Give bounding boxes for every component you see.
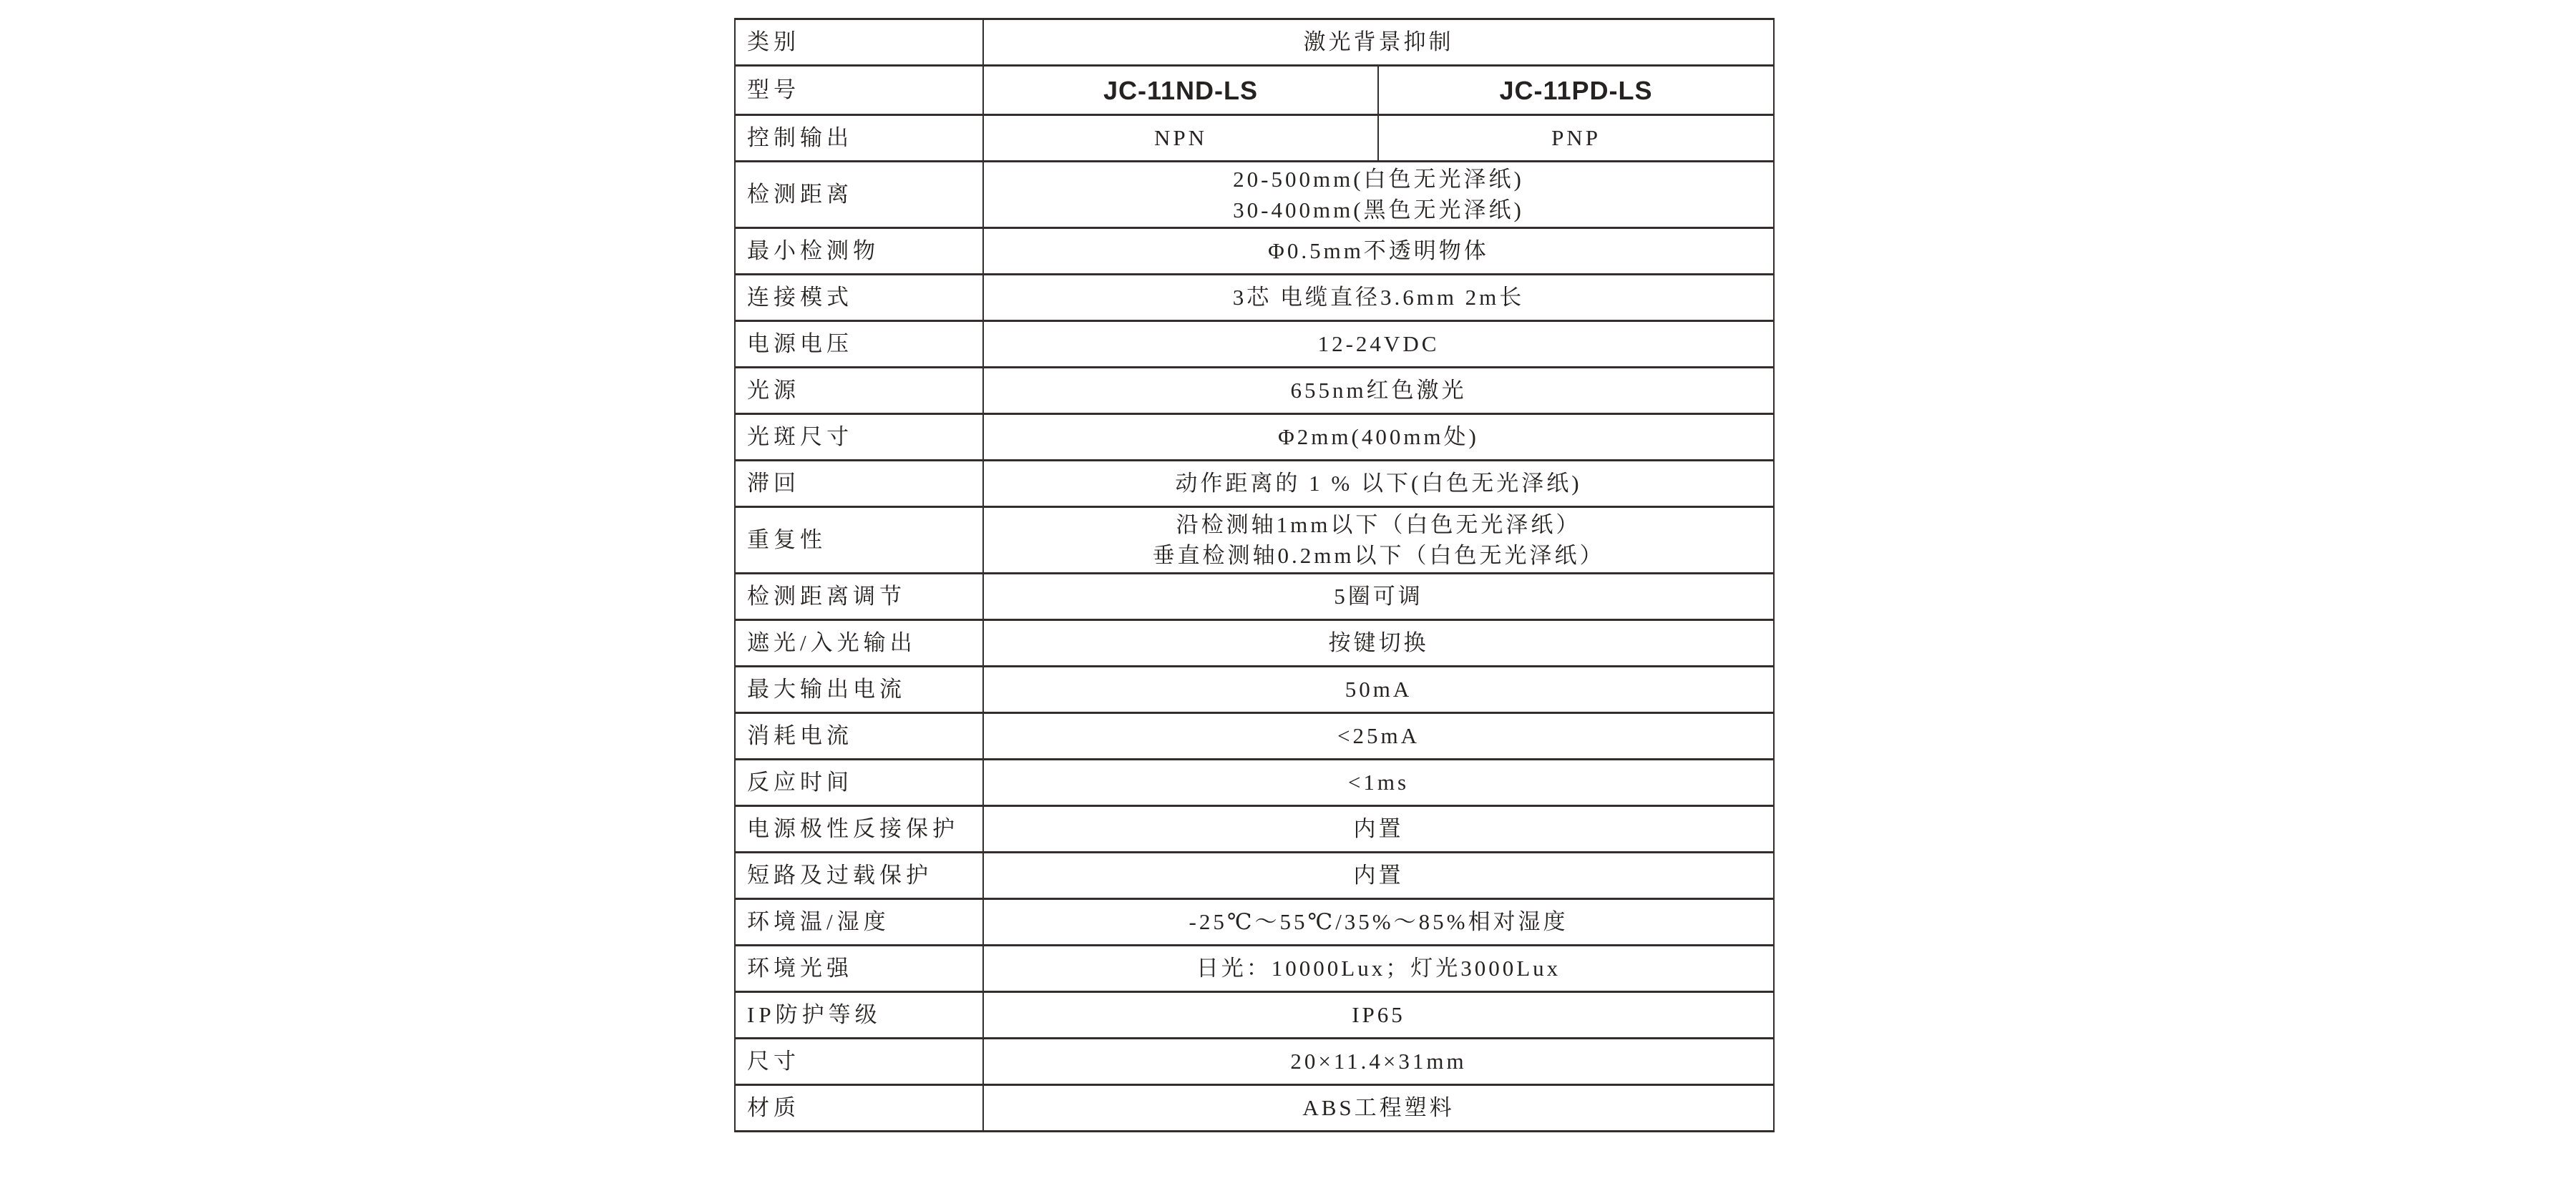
row-label: 电源极性反接保护	[735, 806, 983, 853]
spec-row: 检测距离20-500mm(白色无光泽纸)30-400mm(黑色无光泽纸)	[735, 162, 1774, 228]
spec-row: 光斑尺寸Φ2mm(400mm处)	[735, 414, 1774, 461]
row-value: 动作距离的 1 % 以下(白色无光泽纸)	[983, 461, 1774, 507]
spec-sheet-page: 类别激光背景抑制型号JC-11ND-LSJC-11PD-LS控制输出NPNPNP…	[0, 0, 2576, 1201]
spec-table-body: 类别激光背景抑制型号JC-11ND-LSJC-11PD-LS控制输出NPNPNP…	[735, 19, 1774, 1132]
row-value: 655nm红色激光	[983, 368, 1774, 414]
row-label: 光源	[735, 368, 983, 414]
spec-row: 环境光强日光：10000Lux；灯光3000Lux	[735, 946, 1774, 992]
row-label: 连接模式	[735, 275, 983, 321]
spec-row: 尺寸20×11.4×31mm	[735, 1039, 1774, 1085]
spec-row: 滞回动作距离的 1 % 以下(白色无光泽纸)	[735, 461, 1774, 507]
row-value: 50mA	[983, 667, 1774, 713]
spec-row: 重复性沿检测轴1mm以下（白色无光泽纸）垂直检测轴0.2mm以下（白色无光泽纸）	[735, 507, 1774, 574]
spec-row: 检测距离调节5圈可调	[735, 574, 1774, 620]
row-value: 沿检测轴1mm以下（白色无光泽纸）垂直检测轴0.2mm以下（白色无光泽纸）	[983, 507, 1774, 574]
row-value: 20×11.4×31mm	[983, 1039, 1774, 1085]
row-value: 12-24VDC	[983, 321, 1774, 368]
spec-row: 反应时间<1ms	[735, 760, 1774, 806]
row-value: JC-11PD-LS	[1378, 66, 1774, 115]
spec-row: 型号JC-11ND-LSJC-11PD-LS	[735, 66, 1774, 115]
row-label: 消耗电流	[735, 713, 983, 760]
spec-row: 消耗电流<25mA	[735, 713, 1774, 760]
spec-row: 材质ABS工程塑料	[735, 1085, 1774, 1132]
row-value: 内置	[983, 806, 1774, 853]
spec-row: IP防护等级IP65	[735, 992, 1774, 1039]
row-value: <25mA	[983, 713, 1774, 760]
row-label: IP防护等级	[735, 992, 983, 1039]
row-value: -25℃～55℃/35%～85%相对湿度	[983, 899, 1774, 946]
row-label: 检测距离	[735, 162, 983, 228]
row-value: 内置	[983, 853, 1774, 899]
row-label: 遮光/入光输出	[735, 620, 983, 667]
row-value-line: 20-500mm(白色无光泽纸)	[991, 164, 1766, 195]
row-value-line: 30-400mm(黑色无光泽纸)	[991, 195, 1766, 225]
spec-row: 连接模式3芯 电缆直径3.6mm 2m长	[735, 275, 1774, 321]
row-value: 20-500mm(白色无光泽纸)30-400mm(黑色无光泽纸)	[983, 162, 1774, 228]
spec-row: 遮光/入光输出按键切换	[735, 620, 1774, 667]
row-value: ABS工程塑料	[983, 1085, 1774, 1132]
row-label: 电源电压	[735, 321, 983, 368]
row-value-line: 垂直检测轴0.2mm以下（白色无光泽纸）	[991, 540, 1766, 571]
row-value: 按键切换	[983, 620, 1774, 667]
row-value: 3芯 电缆直径3.6mm 2m长	[983, 275, 1774, 321]
row-label: 光斑尺寸	[735, 414, 983, 461]
row-value: NPN	[983, 115, 1378, 162]
row-label: 滞回	[735, 461, 983, 507]
row-label: 控制输出	[735, 115, 983, 162]
row-value: 5圈可调	[983, 574, 1774, 620]
row-label: 重复性	[735, 507, 983, 574]
row-label: 型号	[735, 66, 983, 115]
spec-row: 最小检测物Φ0.5mm不透明物体	[735, 228, 1774, 275]
row-label: 环境温/湿度	[735, 899, 983, 946]
row-value: Φ2mm(400mm处)	[983, 414, 1774, 461]
spec-row: 环境温/湿度-25℃～55℃/35%～85%相对湿度	[735, 899, 1774, 946]
spec-table: 类别激光背景抑制型号JC-11ND-LSJC-11PD-LS控制输出NPNPNP…	[734, 18, 1775, 1132]
row-value: Φ0.5mm不透明物体	[983, 228, 1774, 275]
spec-row: 类别激光背景抑制	[735, 19, 1774, 66]
row-value: 日光：10000Lux；灯光3000Lux	[983, 946, 1774, 992]
row-label: 类别	[735, 19, 983, 66]
row-label: 短路及过载保护	[735, 853, 983, 899]
spec-row: 电源电压12-24VDC	[735, 321, 1774, 368]
row-value: IP65	[983, 992, 1774, 1039]
spec-row: 短路及过载保护内置	[735, 853, 1774, 899]
row-label: 最小检测物	[735, 228, 983, 275]
row-label: 材质	[735, 1085, 983, 1132]
spec-row: 控制输出NPNPNP	[735, 115, 1774, 162]
row-value: 激光背景抑制	[983, 19, 1774, 66]
row-label: 反应时间	[735, 760, 983, 806]
row-label: 最大输出电流	[735, 667, 983, 713]
row-value: JC-11ND-LS	[983, 66, 1378, 115]
row-label: 环境光强	[735, 946, 983, 992]
spec-row: 光源655nm红色激光	[735, 368, 1774, 414]
row-value-line: 沿检测轴1mm以下（白色无光泽纸）	[991, 509, 1766, 540]
spec-row: 最大输出电流50mA	[735, 667, 1774, 713]
row-label: 检测距离调节	[735, 574, 983, 620]
row-value: PNP	[1378, 115, 1774, 162]
row-label: 尺寸	[735, 1039, 983, 1085]
row-value: <1ms	[983, 760, 1774, 806]
spec-row: 电源极性反接保护内置	[735, 806, 1774, 853]
